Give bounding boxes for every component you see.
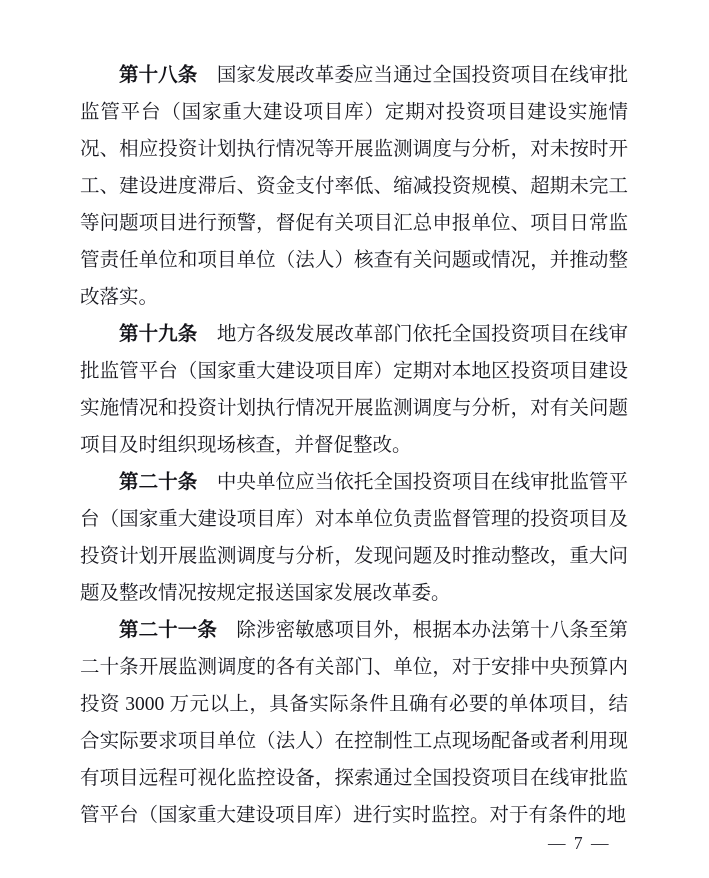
article-paragraph-2: 第十九条地方各级发展改革部门依托全国投资项目在线审批监管平台（国家重大建设项目库… [80,316,628,464]
document-page: 第十八条国家发展改革委应当通过全国投资项目在线审批监管平台（国家重大建设项目库）… [0,0,709,878]
document-body: 第十八条国家发展改革委应当通过全国投资项目在线审批监管平台（国家重大建设项目库）… [80,57,628,834]
article-number-heading: 第十八条 [119,64,197,86]
article-body-text: 除涉密敏感项目外，根据本办法第十八条至第二十条开展监测调度的各有关部门、单位，对… [80,620,628,826]
article-number-heading: 第二十条 [119,471,197,493]
page-number: — 7 — [548,833,611,853]
article-body-text: 国家发展改革委应当通过全国投资项目在线审批监管平台（国家重大建设项目库）定期对投… [80,65,628,308]
article-paragraph-1: 第十八条国家发展改革委应当通过全国投资项目在线审批监管平台（国家重大建设项目库）… [80,57,628,316]
article-number-heading: 第十九条 [119,323,197,345]
article-paragraph-4: 第二十一条除涉密敏感项目外，根据本办法第十八条至第二十条开展监测调度的各有关部门… [80,612,628,834]
article-paragraph-3: 第二十条中央单位应当依托全国投资项目在线审批监管平台（国家重大建设项目库）对本单… [80,464,628,612]
article-number-heading: 第二十一条 [119,619,217,641]
